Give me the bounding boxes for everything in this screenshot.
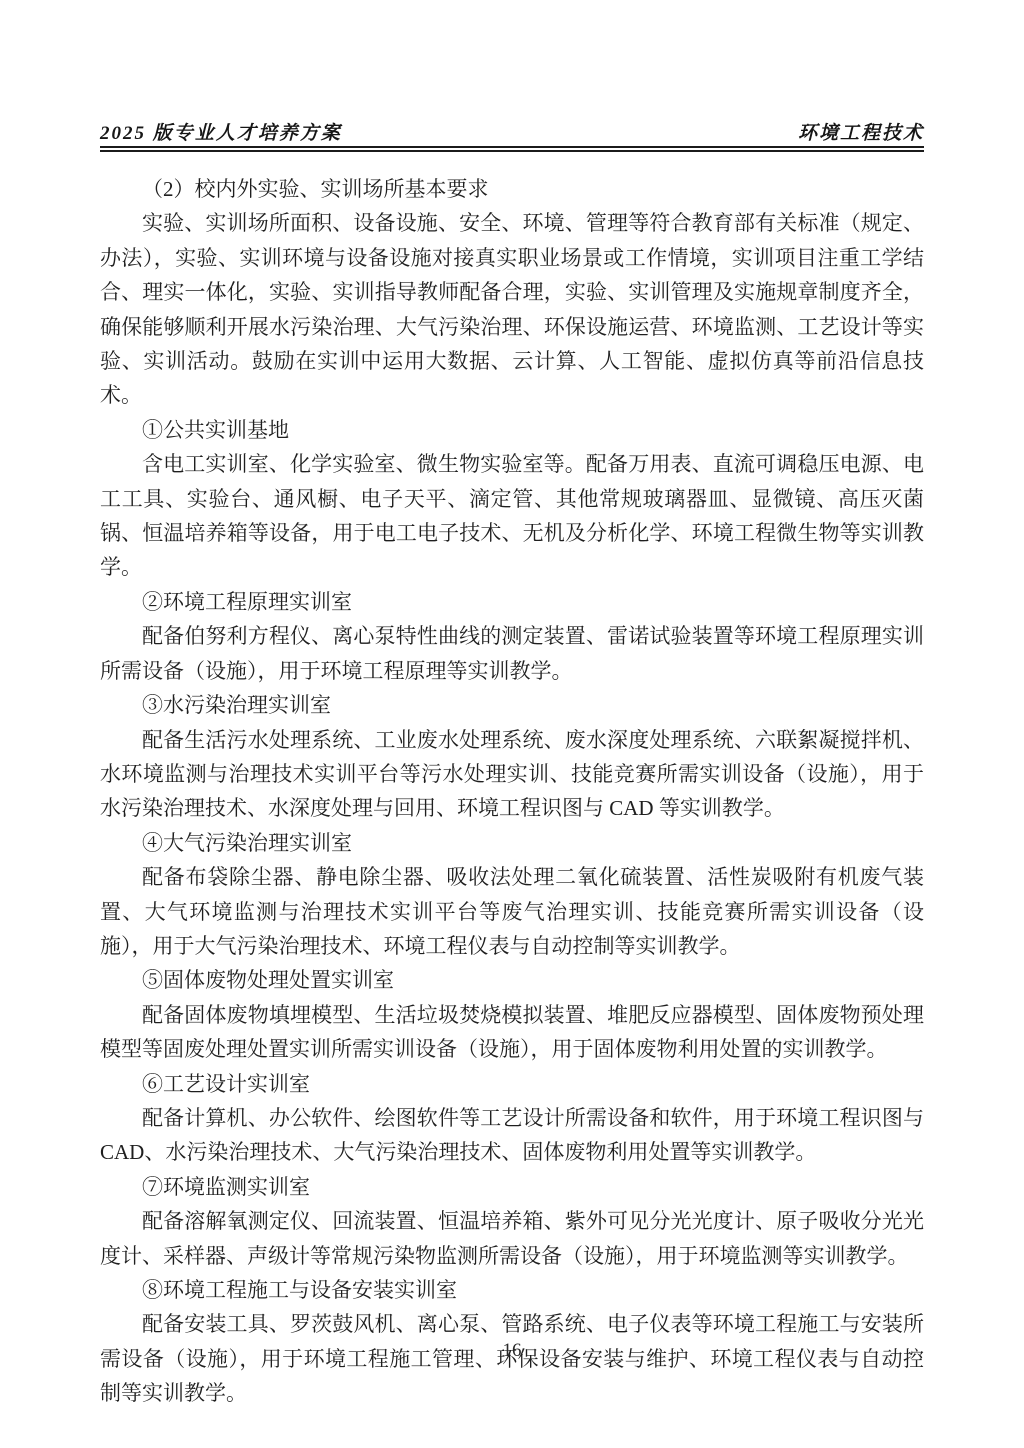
section-heading: （2）校内外实验、实训场所基本要求	[100, 172, 924, 206]
section-heading: ②环境工程原理实训室	[100, 585, 924, 619]
section-heading: ④大气污染治理实训室	[100, 826, 924, 860]
section-heading: ③水污染治理实训室	[100, 688, 924, 722]
document-page: 2025 版专业人才培养方案 环境工程技术 （2）校内外实验、实训场所基本要求实…	[0, 0, 1024, 1448]
section-heading: ⑦环境监测实训室	[100, 1170, 924, 1204]
document-body: （2）校内外实验、实训场所基本要求实验、实训场所面积、设备设施、安全、环境、管理…	[100, 172, 924, 1411]
paragraph: 配备固体废物填埋模型、生活垃圾焚烧模拟装置、堆肥反应器模型、固体废物预处理模型等…	[100, 998, 924, 1067]
paragraph: 配备伯努利方程仪、离心泵特性曲线的测定装置、雷诺试验装置等环境工程原理实训所需设…	[100, 619, 924, 688]
header-left-title: 2025 版专业人才培养方案	[100, 118, 342, 145]
paragraph: 配备生活污水处理系统、工业废水处理系统、废水深度处理系统、六联絮凝搅拌机、水环境…	[100, 723, 924, 826]
section-heading: ①公共实训基地	[100, 413, 924, 447]
paragraph: 配备溶解氧测定仪、回流装置、恒温培养箱、紫外可见分光光度计、原子吸收分光光度计、…	[100, 1204, 924, 1273]
header-right-title: 环境工程技术	[798, 118, 924, 145]
section-heading: ⑥工艺设计实训室	[100, 1067, 924, 1101]
section-heading: ⑧环境工程施工与设备安装实训室	[100, 1273, 924, 1307]
paragraph: 含电工实训室、化学实验室、微生物实验室等。配备万用表、直流可调稳压电源、电工工具…	[100, 447, 924, 585]
section-heading: ⑤固体废物处理处置实训室	[100, 963, 924, 997]
paragraph: 配备计算机、办公软件、绘图软件等工艺设计所需设备和软件，用于环境工程识图与 CA…	[100, 1101, 924, 1170]
page-footer: 16	[0, 1340, 1024, 1362]
header-double-rule	[100, 146, 924, 152]
paragraph: 配备布袋除尘器、静电除尘器、吸收法处理二氧化硫装置、活性炭吸附有机废气装置、大气…	[100, 860, 924, 963]
page-header: 2025 版专业人才培养方案 环境工程技术	[100, 118, 924, 145]
paragraph: 实验、实训场所面积、设备设施、安全、环境、管理等符合教育部有关标准（规定、办法）…	[100, 206, 924, 412]
page-number: 16	[503, 1340, 522, 1361]
